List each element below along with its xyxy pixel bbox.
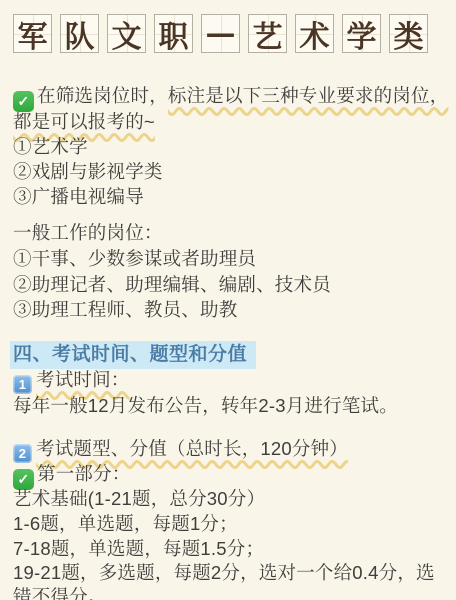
keycap-2-icon: 2 (13, 444, 32, 463)
part1-line: ✓第一部分： (13, 462, 131, 490)
title-char: — (202, 15, 239, 52)
section-heading: 四、考试时间、题型和分值 (10, 341, 256, 369)
major-item-3: ③广播电视编导 (13, 185, 144, 208)
title-char-box: 队 (60, 14, 99, 53)
question-rule-1: 1-6题，单选题，每题1分； (13, 512, 238, 535)
poster-page: 军 队 文 职 — 艺 术 学 类 ✓在筛选岗位时，标注是以下三种专业要求的岗位… (0, 0, 456, 600)
part1-label: 第一部分： (37, 463, 131, 484)
title-char: 术 (296, 15, 333, 52)
job-item-1: ①干事、少数参谋或者助理员 (13, 247, 256, 270)
title-char: 文 (108, 15, 145, 52)
job-item-3: ③助理工程师、教员、助教 (13, 298, 237, 321)
title-char-box: 职 (154, 14, 193, 53)
exam-format-line: 2考试题型、分值（总时长，120分钟） (13, 437, 348, 463)
exam-format-label: 考试题型、分值（总时长，120分钟） (36, 438, 348, 459)
exam-time-label: 考试时间： (36, 369, 130, 390)
title-char: 类 (390, 15, 427, 52)
title-char: 学 (343, 15, 380, 52)
title-char-box: 术 (295, 14, 334, 53)
keycap-1-icon: 1 (13, 375, 32, 394)
exam-time-text: 每年一般12月发布公告，转年2-3月进行笔试。 (13, 394, 398, 417)
question-rule-3-cont: 错不得分。 (13, 585, 107, 600)
question-rule-2: 7-18题，单选题，每题1.5分； (13, 537, 264, 560)
jobs-heading: 一般工作的岗位： (13, 221, 163, 244)
title-char-box: 军 (13, 14, 52, 53)
title-char-box: 类 (389, 14, 428, 53)
intro-text-2: 都是可以报考的~ (13, 111, 155, 132)
check-icon: ✓ (13, 91, 34, 112)
intro-line-1: ✓在筛选岗位时，标注是以下三种专业要求的岗位， (13, 84, 448, 112)
intro-line-2: 都是可以报考的~ (13, 110, 155, 133)
page-title: 军 队 文 职 — 艺 术 学 类 (13, 14, 428, 53)
major-item-1: ①艺术学 (13, 135, 88, 158)
title-char: 军 (14, 15, 51, 52)
exam-time-line: 1考试时间： (13, 368, 130, 394)
job-item-2: ②助理记者、助理编辑、编剧、技术员 (13, 273, 331, 296)
title-char-box: 学 (342, 14, 381, 53)
title-char: 队 (61, 15, 98, 52)
title-char-box: 文 (107, 14, 146, 53)
title-char-box: — (201, 14, 240, 53)
part1-title: 艺术基础(1-21题，总分30分） (13, 487, 265, 510)
major-item-2: ②戏剧与影视学类 (13, 160, 163, 183)
intro-text-emphasis: 标注是以下三种专业要求的岗位， (168, 85, 449, 106)
intro-text-prefix: 在筛选岗位时， (37, 85, 168, 106)
question-rule-3: 19-21题，多选题，每题2分，选对一个给0.4分，选 (13, 561, 435, 584)
title-char-box: 艺 (248, 14, 287, 53)
title-char: 职 (155, 15, 192, 52)
title-char: 艺 (249, 15, 286, 52)
